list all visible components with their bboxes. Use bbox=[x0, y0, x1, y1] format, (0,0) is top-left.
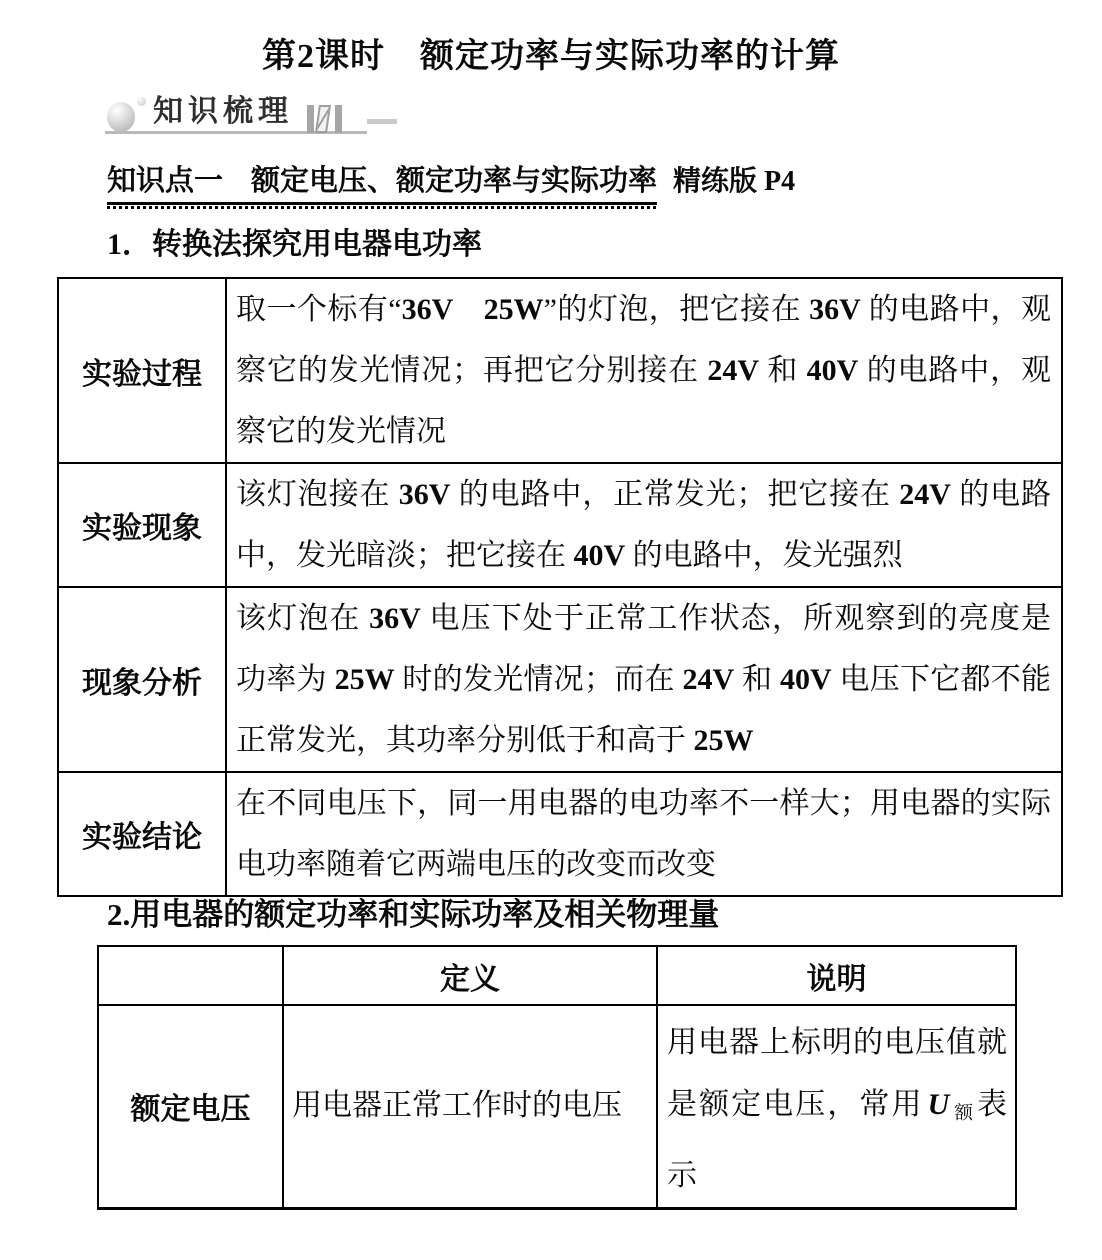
section-header: 知识梳理 bbox=[105, 94, 405, 138]
book-bar-icon bbox=[335, 105, 342, 133]
definition-cell: 用电器正常工作时的电压 bbox=[283, 1005, 657, 1208]
knowledge-point-underlined: 知识点一额定电压、额定功率与实际功率 bbox=[107, 158, 657, 205]
sphere-icon bbox=[107, 102, 135, 132]
row-label: 实验现象 bbox=[58, 463, 226, 587]
small-sphere-icon bbox=[137, 97, 146, 106]
page-title: 第2课时 额定功率与实际功率的计算 bbox=[0, 28, 1102, 77]
book-slanted-icon bbox=[315, 105, 331, 133]
table-row: 现象分析 该灯泡在 36V 电压下处于正常工作状态，所观察到的亮度是功率为 25… bbox=[58, 587, 1062, 772]
row-label: 实验结论 bbox=[58, 772, 226, 896]
knowledge-point-ref: 精练版 P4 bbox=[673, 166, 795, 197]
column-header-definition: 定义 bbox=[283, 946, 657, 1005]
heading-1: 1．转换法探究用电器电功率 bbox=[107, 219, 482, 263]
book-bar-icon bbox=[307, 105, 314, 133]
row-content: 在不同电压下，同一用电器的电功率不一样大；用电器的实际电功率随着它两端电压的改变… bbox=[226, 772, 1062, 896]
dash-icon bbox=[367, 119, 397, 124]
note-cell: 用电器上标明的电压值就是额定电压，常用U额表示 bbox=[657, 1005, 1016, 1208]
knowledge-point-label: 知识点一 bbox=[107, 165, 223, 197]
books-icon bbox=[305, 103, 351, 133]
knowledge-point-title: 额定电压、额定功率与实际功率 bbox=[251, 165, 657, 197]
section-header-label: 知识梳理 bbox=[153, 86, 293, 130]
row-content: 该灯泡接在 36V 的电路中，正常发光；把它接在 24V 的电路中，发光暗淡；把… bbox=[226, 463, 1062, 587]
knowledge-point-line: 知识点一额定电压、额定功率与实际功率精练版 P4 bbox=[107, 158, 795, 205]
table-header-row: 定义 说明 bbox=[98, 946, 1016, 1005]
definition-table: 定义 说明 额定电压 用电器正常工作时的电压 用电器上标明的电压值就是额定电压，… bbox=[97, 945, 1017, 1210]
table-row: 额定电压 用电器正常工作时的电压 用电器上标明的电压值就是额定电压，常用U额表示 bbox=[98, 1005, 1016, 1208]
column-header-note: 说明 bbox=[657, 946, 1016, 1005]
row-label: 实验过程 bbox=[58, 278, 226, 463]
empty-header-cell bbox=[98, 946, 283, 1005]
table-row: 实验过程 取一个标有“36V 25W”的灯泡，把它接在 36V 的电路中，观察它… bbox=[58, 278, 1062, 463]
table-row: 实验结论 在不同电压下，同一用电器的电功率不一样大；用电器的实际电功率随着它两端… bbox=[58, 772, 1062, 896]
term-cell: 额定电压 bbox=[98, 1005, 283, 1208]
row-content: 取一个标有“36V 25W”的灯泡，把它接在 36V 的电路中，观察它的发光情况… bbox=[226, 278, 1062, 463]
row-label: 现象分析 bbox=[58, 587, 226, 772]
experiment-table: 实验过程 取一个标有“36V 25W”的灯泡，把它接在 36V 的电路中，观察它… bbox=[57, 277, 1063, 897]
row-content: 该灯泡在 36V 电压下处于正常工作状态，所观察到的亮度是功率为 25W 时的发… bbox=[226, 587, 1062, 772]
table-row: 实验现象 该灯泡接在 36V 的电路中，正常发光；把它接在 24V 的电路中，发… bbox=[58, 463, 1062, 587]
document-page: 第2课时 额定功率与实际功率的计算 知识梳理 知识点一额定电压、额定功率与实际功… bbox=[0, 0, 1102, 1260]
heading-2: 2.用电器的额定功率和实际功率及相关物理量 bbox=[107, 889, 719, 934]
